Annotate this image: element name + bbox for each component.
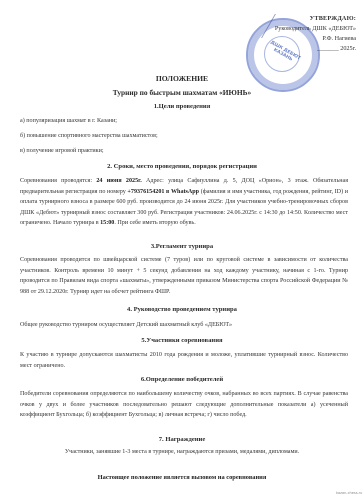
- section-5-heading: 5.Участники соревнования: [0, 337, 364, 344]
- section-7-heading: 7. Награждение: [0, 436, 364, 443]
- section-3-heading: 3.Регламент турнира: [0, 243, 364, 250]
- start-time: 15:00: [100, 220, 114, 226]
- watermark: kazan-chess.ru: [336, 491, 362, 495]
- approval-block: УТВЕРЖДАЮ: Руководитель ДШК «ДЕБЮТ» Р.Ф.…: [250, 14, 360, 54]
- section-6-text: Победители соревнования определяются по …: [20, 389, 348, 421]
- tournament-date: 24 июня 2025г.: [96, 178, 141, 184]
- approval-title: УТВЕРЖДАЮ:: [250, 14, 360, 24]
- section-7-text: Участники, занявшие 1-3 места в турнире,…: [0, 449, 364, 455]
- goal-item-a: а) популяризация шахмат в г. Казани;: [20, 118, 117, 124]
- goal-item-b: б) повышение спортивного мастерства шахм…: [20, 133, 158, 139]
- footer-call: Настоящее положение является вызовом на …: [0, 474, 364, 481]
- section-4-heading: 4. Руководство проведением турнира: [0, 306, 364, 313]
- document-subtitle: Турнир по быстрым шахматам «ИЮНЬ»: [0, 88, 364, 97]
- goal-item-c: в) получение игровой практики;: [20, 148, 104, 154]
- document-page: ДШК ДЕБЮТ КАЗАНЬ УТВЕРЖДАЮ: Руководитель…: [0, 0, 364, 500]
- approval-position: Руководитель ДШК «ДЕБЮТ»: [250, 24, 360, 34]
- section-5-text: К участию в турнире допускаются шахматис…: [20, 350, 348, 371]
- section-4-text: Общее руководство турниром осуществляет …: [20, 320, 348, 331]
- section-2-heading: 2. Сроки, место проведения, порядок реги…: [0, 163, 364, 170]
- section-1-heading: 1.Цели проведения: [0, 103, 364, 110]
- approval-date: _______ 2025г.: [250, 44, 360, 54]
- approval-name: Р.Ф. Нагиева: [250, 34, 360, 44]
- s2-end: . При себе иметь вторую обувь.: [114, 220, 195, 226]
- section-6-heading: 6.Определение победителей: [0, 376, 364, 383]
- s2-lead: Соревнования проводятся:: [20, 178, 96, 184]
- section-2-text: Соревнования проводятся: 24 июня 2025г. …: [20, 176, 348, 229]
- document-title: ПОЛОЖЕНИЕ: [0, 74, 364, 83]
- registration-phone: +79376154201 в WhatsApp: [127, 189, 199, 195]
- section-3-text: Соревнования проводится по швейцарской с…: [20, 255, 348, 297]
